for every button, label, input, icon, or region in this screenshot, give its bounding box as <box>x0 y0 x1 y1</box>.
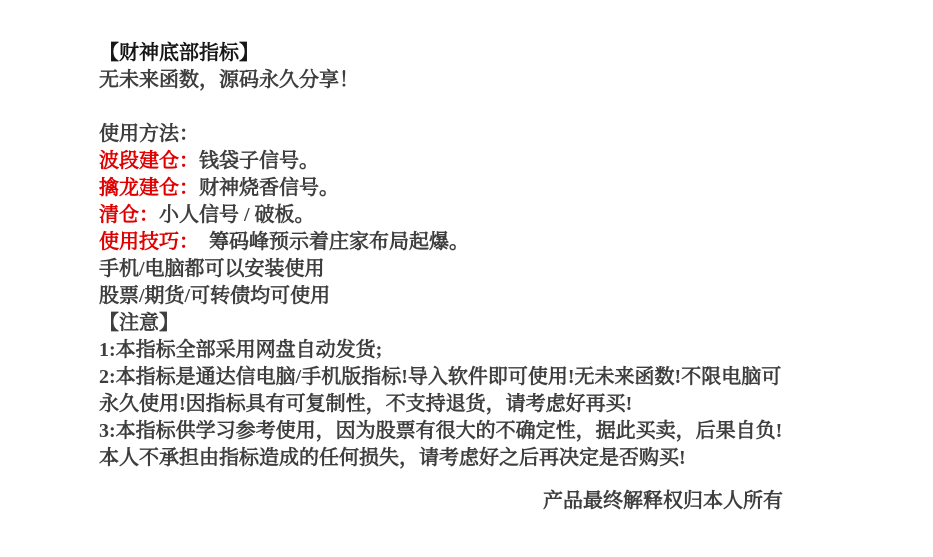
usage-item-label: 波段建仓： <box>99 150 199 172</box>
blank-line <box>99 94 913 121</box>
usage-item-text: 小人信号 / 破板。 <box>159 204 315 226</box>
usage-method-header: 使用方法： <box>99 121 913 148</box>
footer-disclaimer: 产品最终解释权归本人所有 <box>543 488 913 515</box>
notice-line-1: 1:本指标全部采用网盘自动发货; <box>99 337 913 364</box>
notice-line-2: 2:本指标是通达信电脑/手机版指标!导入软件即可使用!无未来函数!不限电脑可 <box>99 364 913 391</box>
notice-header: 【注意】 <box>99 310 913 337</box>
usage-item-clear-position: 清仓：小人信号 / 破板。 <box>99 202 913 229</box>
document-content: 【财神底部指标】 无未来函数，源码永久分享！ 使用方法： 波段建仓：钱袋子信号。… <box>0 0 933 515</box>
usage-item-label: 擒龙建仓： <box>99 177 199 199</box>
platform-line-markets: 股票/期货/可转债均可使用 <box>99 283 913 310</box>
usage-item-text: 筹码峰预示着庄家布局起爆。 <box>189 231 469 253</box>
page-title: 【财神底部指标】 <box>99 40 913 67</box>
subtitle-line: 无未来函数，源码永久分享！ <box>99 67 913 94</box>
usage-item-tips: 使用技巧： 筹码峰预示着庄家布局起爆。 <box>99 229 913 256</box>
notice-line-3-continued: 本人不承担由指标造成的任何损失，请考虑好之后再决定是否购买! <box>99 445 913 472</box>
usage-item-label: 使用技巧： <box>99 231 189 253</box>
document-page: 【财神底部指标】 无未来函数，源码永久分享！ 使用方法： 波段建仓：钱袋子信号。… <box>0 0 933 557</box>
usage-item-text: 财神烧香信号。 <box>199 177 339 199</box>
notice-line-3: 3:本指标供学习参考使用，因为股票有很大的不确定性，据此买卖，后果自负! <box>99 418 913 445</box>
notice-line-2-continued: 永久使用!因指标具有可复制性，不支持退货，请考虑好再买! <box>99 391 913 418</box>
blank-line <box>99 472 913 488</box>
usage-item-band-entry: 波段建仓：钱袋子信号。 <box>99 148 913 175</box>
usage-item-dragon-entry: 擒龙建仓：财神烧香信号。 <box>99 175 913 202</box>
platform-line-devices: 手机/电脑都可以安装使用 <box>99 256 913 283</box>
usage-item-text: 钱袋子信号。 <box>199 150 319 172</box>
usage-item-label: 清仓： <box>99 204 159 226</box>
